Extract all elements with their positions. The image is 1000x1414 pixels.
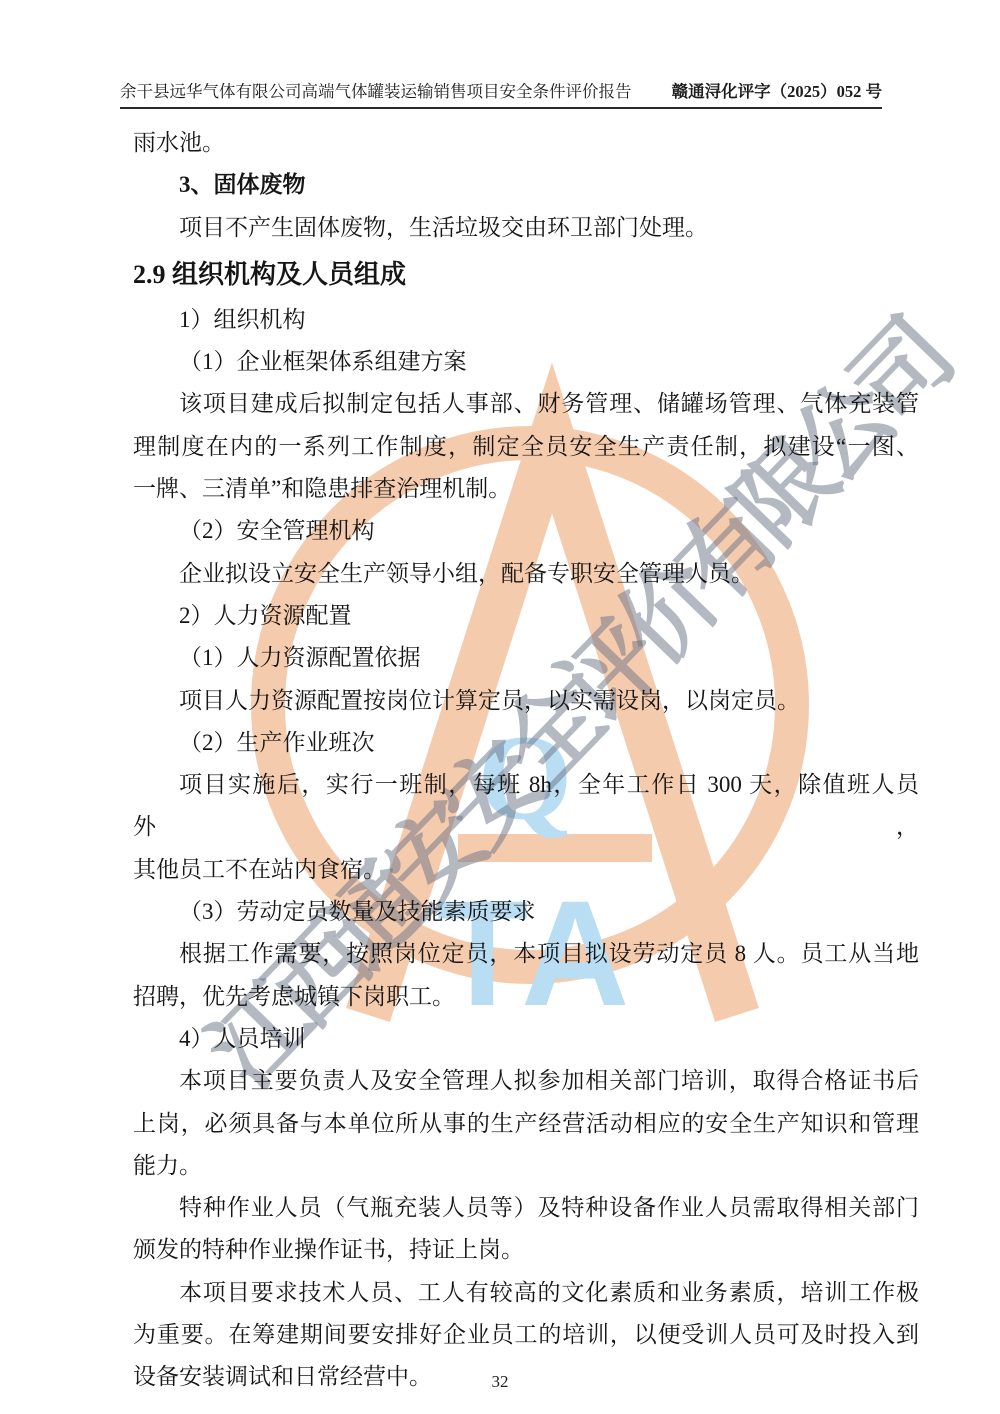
text-line: 招聘，优先考虑城镇下岗职工。 bbox=[133, 976, 919, 1018]
text-line: 项目人力资源配置按岗位计算定员，以实需设岗，以岗定员。 bbox=[133, 680, 919, 722]
text-line: （3）劳动定员数量及技能素质要求 bbox=[133, 891, 919, 933]
text-line: （2）生产作业班次 bbox=[133, 722, 919, 764]
text-line: （1）人力资源配置依据 bbox=[133, 637, 919, 679]
text-line: （1）企业框架体系组建方案 bbox=[133, 341, 919, 383]
text-line: 2）人力资源配置 bbox=[133, 595, 919, 637]
page-number: 32 bbox=[0, 1372, 1000, 1392]
text-line: 雨水池。 bbox=[133, 122, 919, 164]
text-line: 该项目建成后拟制定包括人事部、财务管理、储罐场管理、气体充装管 bbox=[133, 383, 919, 425]
text-line: 其他员工不在站内食宿。 bbox=[133, 849, 919, 891]
text-line: 1）组织机构 bbox=[133, 299, 919, 341]
text-line: 能力。 bbox=[133, 1145, 919, 1187]
text-line: 2.9 组织机构及人员组成 bbox=[133, 251, 919, 299]
text-line: 颁发的特种作业操作证书，持证上岗。 bbox=[133, 1229, 919, 1271]
text-line: 为重要。在筹建期间要安排好企业员工的培训，以便受训人员可及时投入到 bbox=[133, 1314, 919, 1356]
text-line: 理制度在内的一系列工作制度，制定全员安全生产责任制，拟建设“一图、 bbox=[133, 426, 919, 468]
document-body: 雨水池。3、固体废物项目不产生固体废物，生活垃圾交由环卫部门处理。2.9 组织机… bbox=[133, 122, 919, 1399]
text-line: 项目不产生固体废物，生活垃圾交由环卫部门处理。 bbox=[133, 207, 919, 249]
text-line: （2）安全管理机构 bbox=[133, 510, 919, 552]
text-line: 4）人员培训 bbox=[133, 1018, 919, 1060]
text-line: 企业拟设立安全生产领导小组，配备专职安全管理人员。 bbox=[133, 553, 919, 595]
text-line: 项目实施后，实行一班制，每班 8h，全年工作日 300 天，除值班人员外， bbox=[133, 764, 919, 849]
header-report-title: 余干县远华气体有限公司高端气体罐装运输销售项目安全条件评价报告 bbox=[120, 78, 632, 102]
text-line: 本项目要求技术人员、工人有较高的文化素质和业务素质，培训工作极 bbox=[133, 1272, 919, 1314]
document-page: Q TA 江西通安安全评价有限公司 余干县远华气体有限公司高端气体罐装运输销售项… bbox=[0, 0, 1000, 1414]
text-line: 上岗，必须具备与本单位所从事的生产经营活动相应的安全生产知识和管理 bbox=[133, 1103, 919, 1145]
header-document-number: 赣通浔化评字（2025）052 号 bbox=[672, 78, 882, 102]
content-lines: 雨水池。3、固体废物项目不产生固体废物，生活垃圾交由环卫部门处理。2.9 组织机… bbox=[133, 122, 919, 1399]
text-line: 根据工作需要，按照岗位定员，本项目拟设劳动定员 8 人。员工从当地 bbox=[133, 933, 919, 975]
text-line: 特种作业人员（气瓶充装人员等）及特种设备作业人员需取得相关部门 bbox=[133, 1187, 919, 1229]
text-line: 一牌、三清单”和隐患排查治理机制。 bbox=[133, 468, 919, 510]
text-line: 本项目主要负责人及安全管理人拟参加相关部门培训，取得合格证书后 bbox=[133, 1060, 919, 1102]
page-header: 余干县远华气体有限公司高端气体罐装运输销售项目安全条件评价报告 赣通浔化评字（2… bbox=[120, 78, 882, 109]
text-line: 3、固体废物 bbox=[133, 164, 919, 206]
